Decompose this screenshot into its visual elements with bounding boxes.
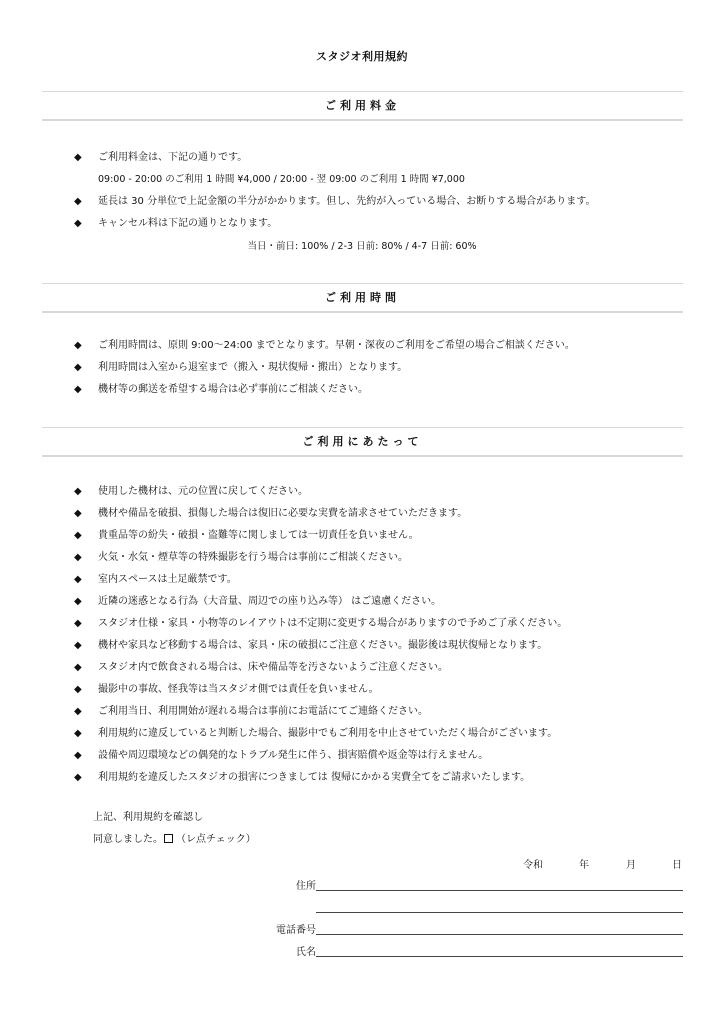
diamond-bullet-icon: ◆ bbox=[74, 213, 82, 235]
pricing-line: 09:00 - 20:00 のご利用 1 時間 ¥4,000 / 20:00 -… bbox=[74, 169, 694, 191]
diamond-bullet-icon: ◆ bbox=[74, 679, 82, 701]
list-item: ◆火気・水気・煙草等の特殊撮影を行う場合は事前にご相談ください。 bbox=[74, 547, 694, 569]
fees-list: ◆ ご利用料金は、下記の通りです。 09:00 - 20:00 のご利用 1 時… bbox=[74, 147, 694, 235]
list-item: ◆ キャンセル料は下記の通りとなります。 bbox=[74, 213, 694, 235]
list-item: ◆撮影中の事故、怪我等は当スタジオ側では責任を負いません。 bbox=[74, 679, 694, 701]
list-item: ◆ 機材等の郵送を希望する場合は必ず事前にご相談ください。 bbox=[74, 379, 694, 401]
address-field-line-2[interactable] bbox=[316, 912, 683, 913]
date-month-label: 月 bbox=[626, 856, 636, 871]
diamond-bullet-icon: ◆ bbox=[74, 191, 82, 213]
list-item: ◆機材や備品を破損、損傷した場合は復旧に必要な実費を請求させていただきます。 bbox=[74, 503, 694, 525]
hours-list: ◆ ご利用時間は、原則 9:00～24:00 までとなります。早朝・深夜のご利用… bbox=[74, 335, 694, 401]
phone-row: 電話番号 bbox=[250, 919, 683, 937]
section-heading-hours: ご利用時間 bbox=[42, 283, 683, 313]
list-item: ◆ 利用時間は入室から退室まで（搬入・現状復帰・搬出）となります。 bbox=[74, 357, 694, 379]
usage-list: ◆使用した機材は、元の位置に戻してください。 ◆機材や備品を破損、損傷した場合は… bbox=[74, 481, 694, 789]
address-row: 住所 bbox=[250, 875, 683, 893]
list-item: ◆ 延長は 30 分単位で上記金額の半分がかかります。但し、先約が入っている場合… bbox=[74, 191, 694, 213]
date-year-label: 年 bbox=[579, 856, 589, 871]
list-item: ◆設備や周辺環境などの偶発的なトラブル発生に伴う、損害賠償や返金等は行えません。 bbox=[74, 745, 694, 767]
phone-field[interactable] bbox=[316, 934, 683, 935]
cancellation-fee-line: 当日・前日: 100% / 2-3 日前: 80% / 4-7 日前: 60% bbox=[0, 238, 724, 252]
diamond-bullet-icon: ◆ bbox=[74, 525, 82, 547]
list-item: ◆スタジオ仕様・家具・小物等のレイアウトは不定期に変更する場合がありますので予め… bbox=[74, 613, 694, 635]
list-item: ◆スタジオ内で飲食される場合は、床や備品等を汚さないようご注意ください。 bbox=[74, 657, 694, 679]
section-heading-usage: ご利用にあたって bbox=[42, 427, 683, 457]
list-item: ◆ ご利用時間は、原則 9:00～24:00 までとなります。早朝・深夜のご利用… bbox=[74, 335, 694, 357]
diamond-bullet-icon: ◆ bbox=[74, 569, 82, 591]
address-label: 住所 bbox=[296, 877, 316, 892]
diamond-bullet-icon: ◆ bbox=[74, 657, 82, 679]
agreement-line-1: 上記、利用規約を確認し bbox=[93, 807, 203, 829]
address-row-2 bbox=[250, 897, 683, 915]
diamond-bullet-icon: ◆ bbox=[74, 591, 82, 613]
list-item: ◆ ご利用料金は、下記の通りです。 bbox=[74, 147, 694, 169]
date-day-label: 日 bbox=[672, 856, 682, 871]
list-item: ◆機材や家具など移動する場合は、家具・床の破損にご注意ください。撮影後は現状復帰… bbox=[74, 635, 694, 657]
section-heading-fees: ご利用料金 bbox=[42, 91, 683, 121]
list-item: ◆近隣の迷惑となる行為（大音量、周辺での座り込み等） はご遠慮ください。 bbox=[74, 591, 694, 613]
address-field[interactable] bbox=[316, 890, 683, 891]
name-label: 氏名 bbox=[296, 943, 316, 958]
list-item: ◆室内スペースは土足厳禁です。 bbox=[74, 569, 694, 591]
terms-document: スタジオ利用規約 ご利用料金 ◆ ご利用料金は、下記の通りです。 09:00 -… bbox=[0, 0, 724, 1024]
agree-checkbox[interactable] bbox=[164, 834, 173, 843]
phone-label: 電話番号 bbox=[276, 921, 316, 936]
diamond-bullet-icon: ◆ bbox=[74, 335, 82, 357]
agreement-line-2: 同意しました。（レ点チェック） bbox=[93, 829, 256, 851]
diamond-bullet-icon: ◆ bbox=[74, 635, 82, 657]
diamond-bullet-icon: ◆ bbox=[74, 723, 82, 745]
name-field[interactable] bbox=[316, 956, 683, 957]
date-era: 令和 bbox=[523, 856, 543, 871]
list-item: ◆貴重品等の紛失・破損・盗難等に関しましては一切責任を負いません。 bbox=[74, 525, 694, 547]
list-item: ◆ご利用当日、利用開始が遅れる場合は事前にお電話にてご連絡ください。 bbox=[74, 701, 694, 723]
name-row: 氏名 bbox=[250, 941, 683, 959]
document-title: スタジオ利用規約 bbox=[0, 48, 724, 64]
diamond-bullet-icon: ◆ bbox=[74, 481, 82, 503]
diamond-bullet-icon: ◆ bbox=[74, 547, 82, 569]
diamond-bullet-icon: ◆ bbox=[74, 701, 82, 723]
list-item: ◆利用規約を違反したスタジオの損害につきましては 復帰にかかる実費全てをご請求い… bbox=[74, 767, 694, 789]
diamond-bullet-icon: ◆ bbox=[74, 357, 82, 379]
list-item: ◆使用した機材は、元の位置に戻してください。 bbox=[74, 481, 694, 503]
diamond-bullet-icon: ◆ bbox=[74, 147, 82, 169]
diamond-bullet-icon: ◆ bbox=[74, 379, 82, 401]
diamond-bullet-icon: ◆ bbox=[74, 745, 82, 767]
diamond-bullet-icon: ◆ bbox=[74, 503, 82, 525]
diamond-bullet-icon: ◆ bbox=[74, 767, 82, 789]
list-item: ◆利用規約に違反していると判断した場合、撮影中でもご利用を中止させていただく場合… bbox=[74, 723, 694, 745]
diamond-bullet-icon: ◆ bbox=[74, 613, 82, 635]
